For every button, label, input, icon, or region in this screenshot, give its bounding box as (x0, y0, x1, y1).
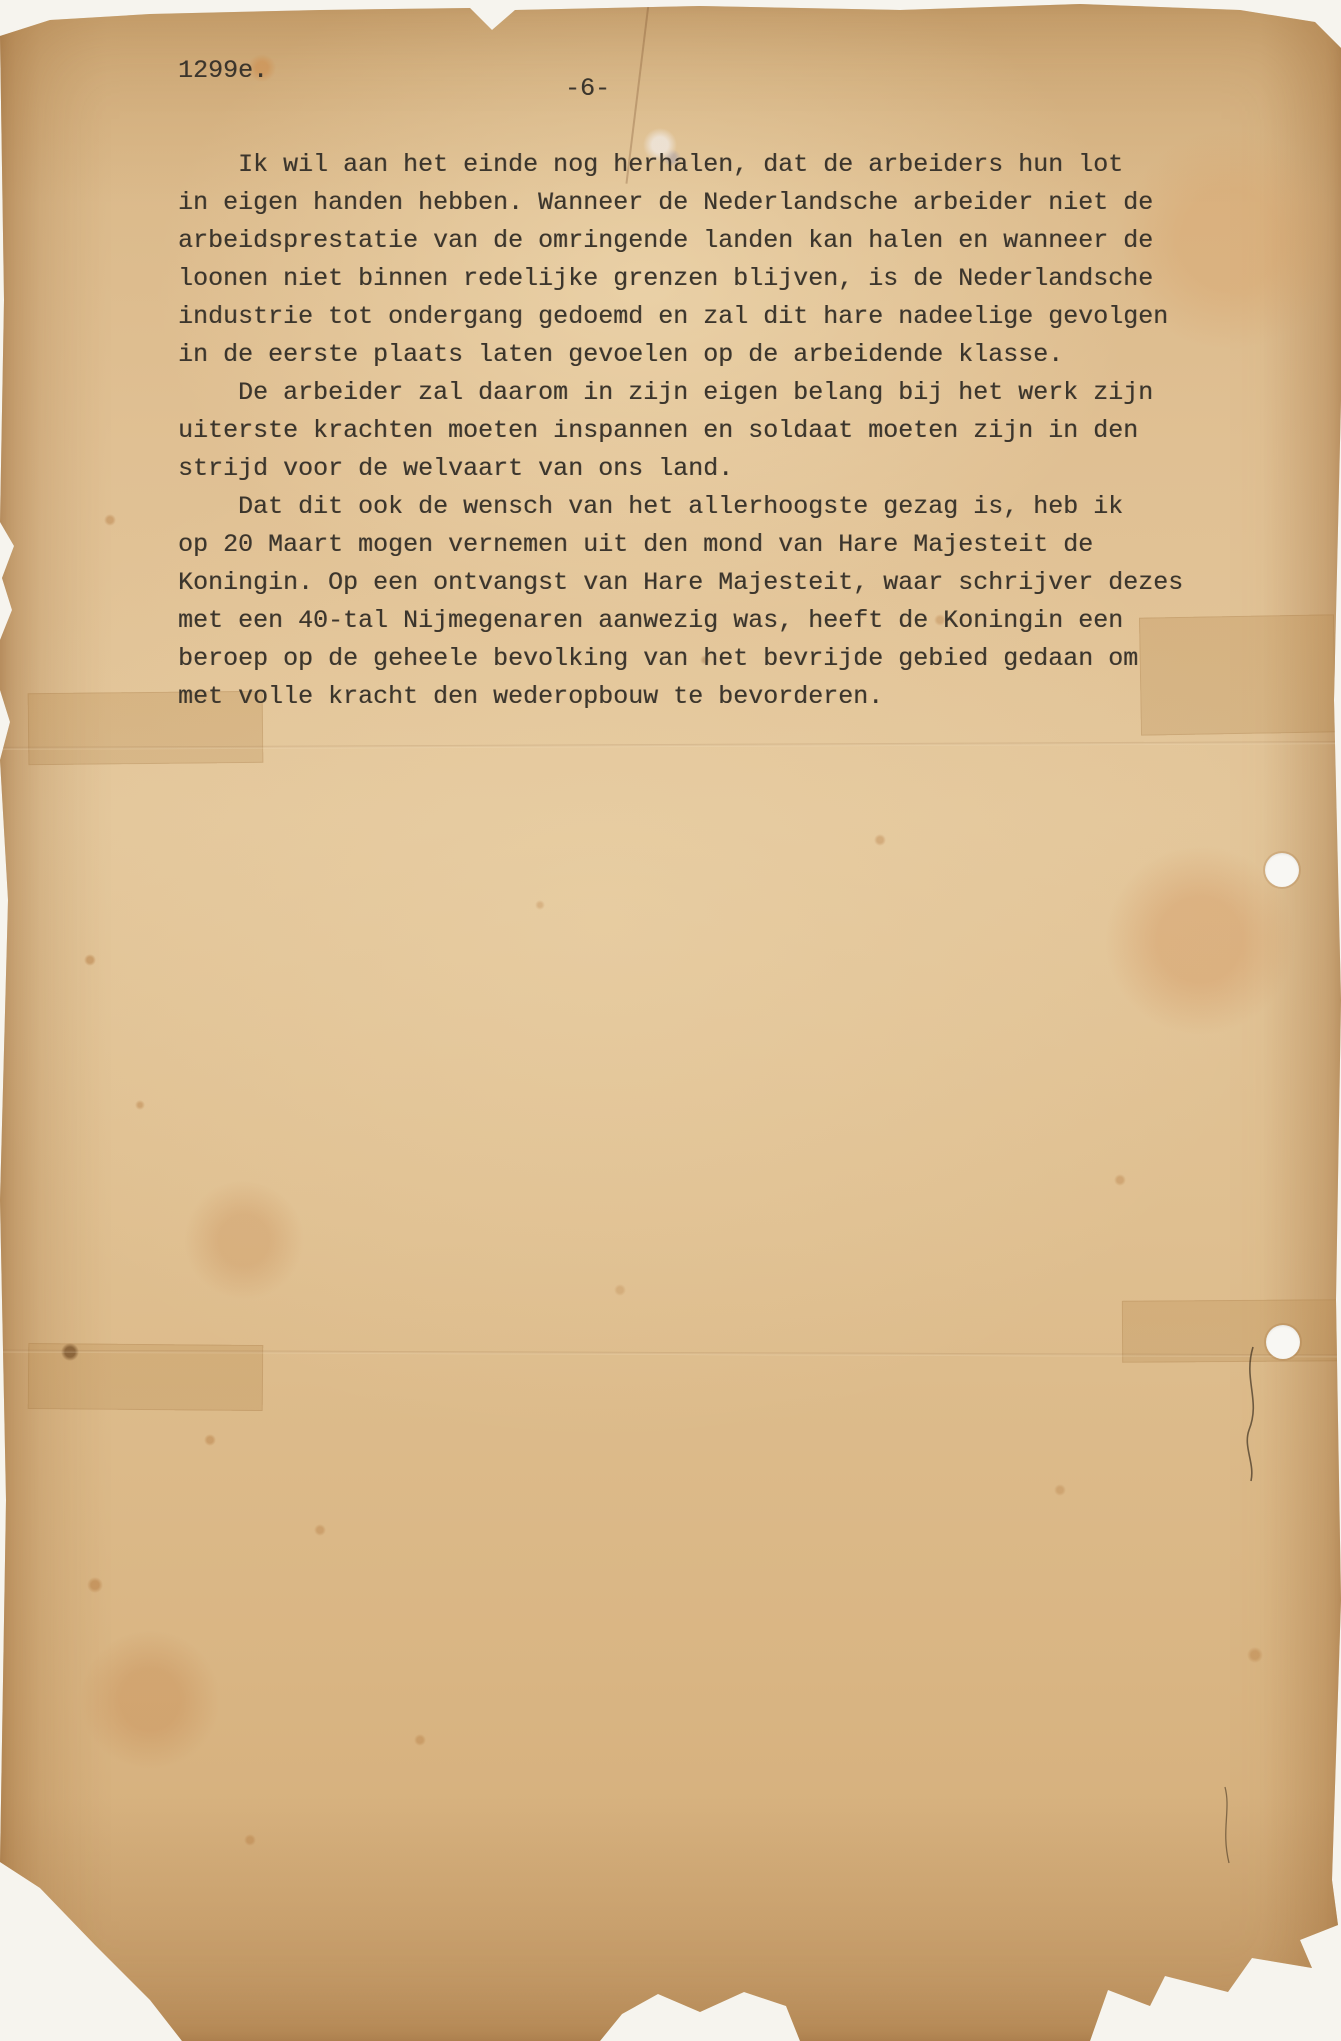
scanned-document: 1299e. -6- Ik wil aan het einde nog herh… (0, 0, 1341, 2041)
text-line: met een 40-tal Nijmegenaren aanwezig was… (178, 602, 1183, 640)
text-line: loonen niet binnen redelijke grenzen bli… (178, 260, 1183, 298)
text-line: De arbeider zal daarom in zijn eigen bel… (178, 374, 1183, 412)
text-line: Dat dit ook de wensch van het allerhoogs… (178, 488, 1183, 526)
text-line: Koningin. Op een ontvangst van Hare Maje… (178, 564, 1183, 602)
page-number: -6- (565, 74, 610, 103)
text-line: strijd voor de welvaart van ons land. (178, 450, 1183, 488)
paper-crack (1215, 1785, 1245, 1865)
text-line: in de eerste plaats laten gevoelen op de… (178, 336, 1183, 374)
text-line: industrie tot ondergang gedoemd en zal d… (178, 298, 1183, 336)
punch-hole (1265, 853, 1299, 887)
tape-strip (1122, 1299, 1341, 1363)
document-number: 1299e. (178, 56, 268, 85)
pen-scratch (1225, 1345, 1285, 1485)
text-line: op 20 Maart mogen vernemen uit den mond … (178, 526, 1183, 564)
text-line: Ik wil aan het einde nog herhalen, dat d… (178, 146, 1183, 184)
paper-sheet: 1299e. -6- Ik wil aan het einde nog herh… (0, 0, 1341, 2041)
text-line: met volle kracht den wederopbouw te bevo… (178, 678, 1183, 716)
tape-strip (28, 1343, 264, 1411)
text-line: uiterste krachten moeten inspannen en so… (178, 412, 1183, 450)
text-line: arbeidsprestatie van de omringende lande… (178, 222, 1183, 260)
typewritten-text: Ik wil aan het einde nog herhalen, dat d… (178, 146, 1183, 716)
text-line: beroep op de geheele bevolking van het b… (178, 640, 1183, 678)
text-line: in eigen handen hebben. Wanneer de Neder… (178, 184, 1183, 222)
punch-hole (1266, 1325, 1300, 1359)
